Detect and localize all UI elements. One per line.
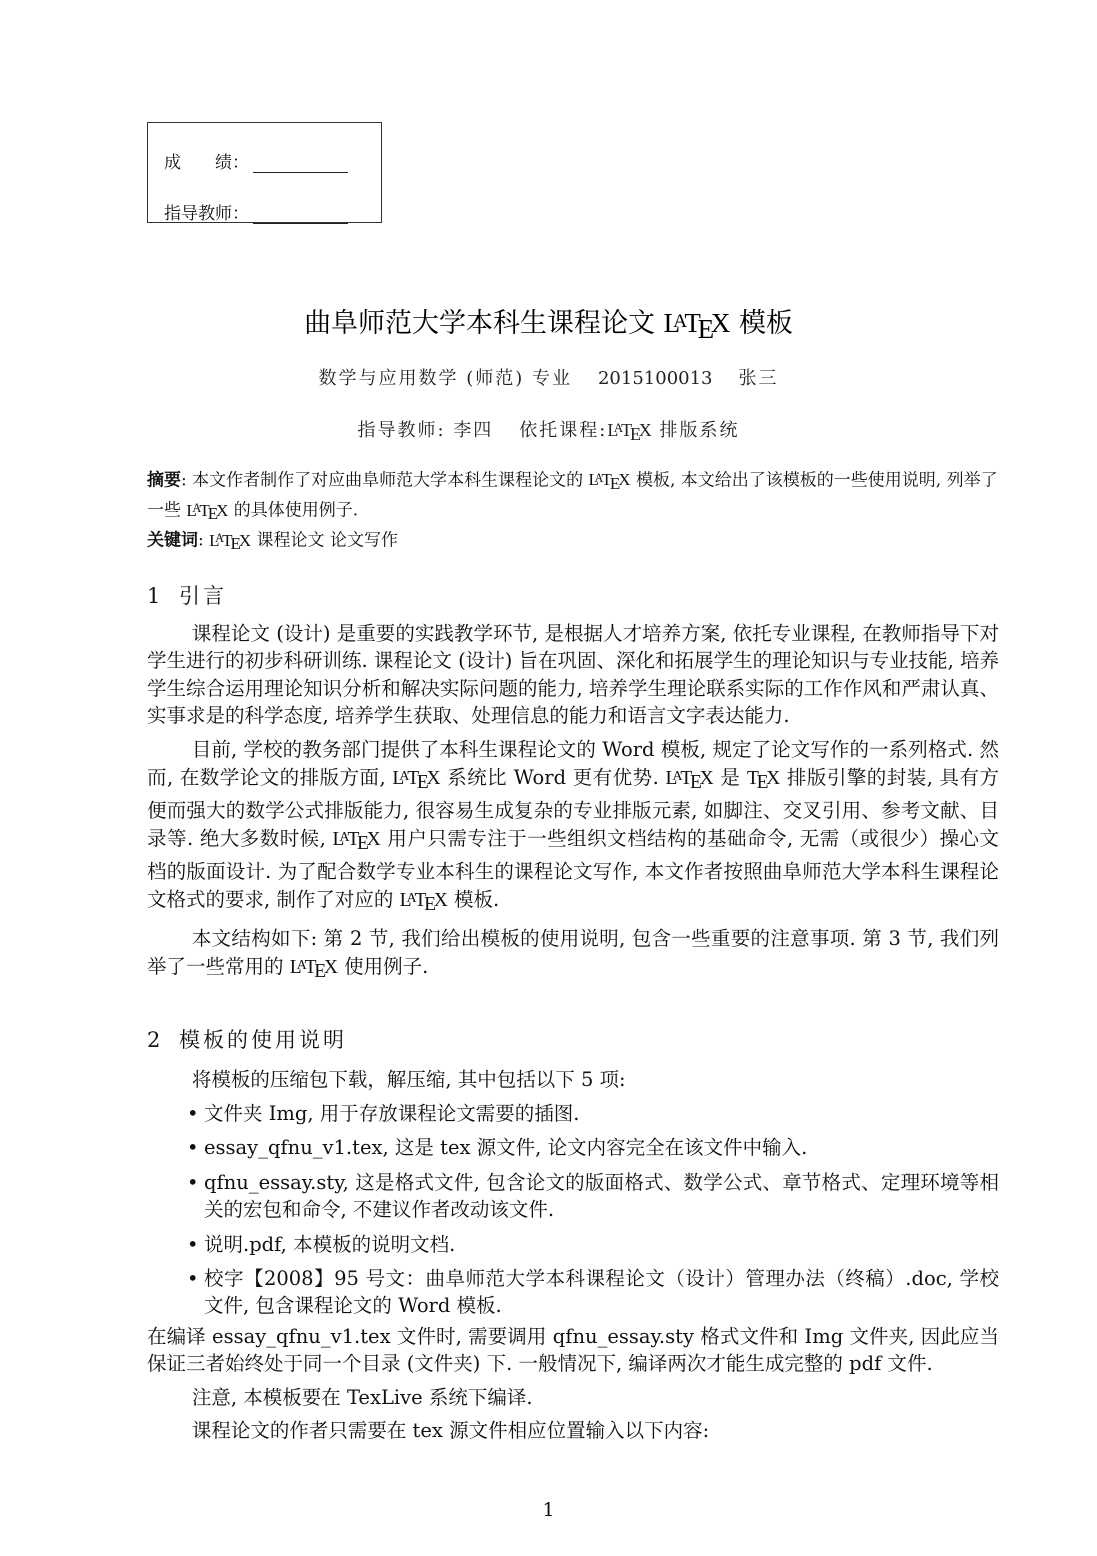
- bullet-icon: •: [187, 1100, 199, 1127]
- file-list: •文件夹 Img, 用于存放课程论文需要的插图. •essay_qfnu_v1.…: [147, 1100, 999, 1327]
- grade-box: 成 绩： 指导教师：: [147, 122, 382, 223]
- section-heading-1: 1引言: [147, 580, 227, 610]
- author-line: 数学与应用数学 (师范) 专业2015100013张三: [0, 364, 1097, 390]
- bullet-icon: •: [187, 1265, 199, 1292]
- course-suffix: 排版系统: [660, 420, 740, 441]
- title-prefix: 曲阜师范大学本科生课程论文: [304, 308, 655, 339]
- advisor-label: 指导教师：: [164, 199, 249, 224]
- student-id: 2015100013: [598, 368, 713, 389]
- section-1-body: 课程论文 (设计) 是重要的实践教学环节, 是根据人才培养方案, 依托专业课程,…: [147, 620, 999, 986]
- latex-logo: LATEX: [209, 531, 251, 550]
- bullet-icon: •: [187, 1169, 199, 1196]
- list-item: •文件夹 Img, 用于存放课程论文需要的插图.: [147, 1100, 999, 1127]
- abstract-block: 摘要: 本文作者制作了对应曲阜师范大学本科生课程论文的 LATEX 模板, 本文…: [147, 466, 999, 556]
- advisor: 指导教师: 李四: [357, 420, 493, 441]
- list-item: •essay_qfnu_v1.tex, 这是 tex 源文件, 论文内容完全在该…: [147, 1134, 999, 1161]
- abstract: 摘要: 本文作者制作了对应曲阜师范大学本科生课程论文的 LATEX 模板, 本文…: [147, 466, 999, 526]
- latex-logo: LATEX: [400, 890, 448, 911]
- section-number: 2: [147, 1028, 179, 1052]
- major: 数学与应用数学 (师范) 专业: [318, 368, 572, 389]
- paragraph: 本文结构如下: 第 2 节, 我们给出模板的使用说明, 包含一些重要的注意事项.…: [147, 925, 999, 986]
- section-number: 1: [147, 584, 179, 608]
- paragraph: 在编译 essay_qfnu_v1.tex 文件时, 需要调用 qfnu_ess…: [147, 1323, 999, 1378]
- section-title: 模板的使用说明: [179, 1028, 347, 1052]
- course-prefix: 依托课程:: [519, 420, 607, 441]
- latex-logo: LATEX: [333, 829, 381, 850]
- grade-row: 成 绩：: [164, 148, 348, 173]
- list-item: •说明.pdf, 本模板的说明文档.: [147, 1231, 999, 1258]
- student-name: 张三: [739, 368, 779, 389]
- latex-logo: LATEX: [589, 470, 631, 489]
- paragraph: 目前, 学校的教务部门提供了本科生课程论文的 Word 模板, 规定了论文写作的…: [147, 736, 999, 919]
- section-title: 引言: [179, 584, 227, 608]
- page-number: 1: [0, 1499, 1097, 1521]
- document-page: 成 绩： 指导教师： 曲阜师范大学本科生课程论文 LATEX 模板 数学与应用数…: [0, 0, 1097, 1556]
- latex-logo: LATEX: [607, 420, 651, 440]
- list-item: •qfnu_essay.sty, 这是格式文件, 包含论文的版面格式、数学公式、…: [147, 1169, 999, 1224]
- advisor-blank: [253, 207, 348, 224]
- latex-logo: LATEX: [664, 308, 731, 338]
- paragraph: 课程论文的作者只需要在 tex 源文件相应位置输入以下内容:: [147, 1417, 999, 1444]
- bullet-icon: •: [187, 1231, 199, 1258]
- latex-logo: LATEX: [392, 768, 440, 789]
- advisor-row: 指导教师：: [164, 199, 348, 224]
- abstract-label: 摘要: [147, 470, 181, 490]
- paragraph: 课程论文 (设计) 是重要的实践教学环节, 是根据人才培养方案, 依托专业课程,…: [147, 620, 999, 730]
- grade-label: 成 绩：: [164, 148, 249, 173]
- advisor-line: 指导教师: 李四依托课程:LATEX 排版系统: [0, 416, 1097, 445]
- list-item: •校字【2008】95 号文：曲阜师范大学本科课程论文（设计）管理办法（终稿）.…: [147, 1265, 999, 1320]
- bullet-icon: •: [187, 1134, 199, 1161]
- latex-logo: LATEX: [665, 768, 713, 789]
- section-heading-2: 2模板的使用说明: [147, 1024, 347, 1054]
- keywords-label: 关键词: [147, 531, 198, 551]
- paragraph: 注意, 本模板要在 TexLive 系统下编译.: [147, 1384, 999, 1411]
- paragraph: 将模板的压缩包下载，解压缩, 其中包括以下 5 项:: [147, 1066, 999, 1093]
- latex-logo: LATEX: [186, 501, 228, 520]
- keywords: 关键词: LATEX 课程论文 论文写作: [147, 526, 999, 556]
- latex-logo: LATEX: [290, 957, 338, 978]
- section-2-body: 在编译 essay_qfnu_v1.tex 文件时, 需要调用 qfnu_ess…: [147, 1323, 999, 1445]
- section-2-intro: 将模板的压缩包下载，解压缩, 其中包括以下 5 项:: [147, 1066, 999, 1093]
- tex-logo: TEX: [747, 768, 780, 789]
- grade-blank: [253, 156, 348, 173]
- page-title: 曲阜师范大学本科生课程论文 LATEX 模板: [0, 301, 1097, 345]
- title-suffix: 模板: [739, 308, 793, 339]
